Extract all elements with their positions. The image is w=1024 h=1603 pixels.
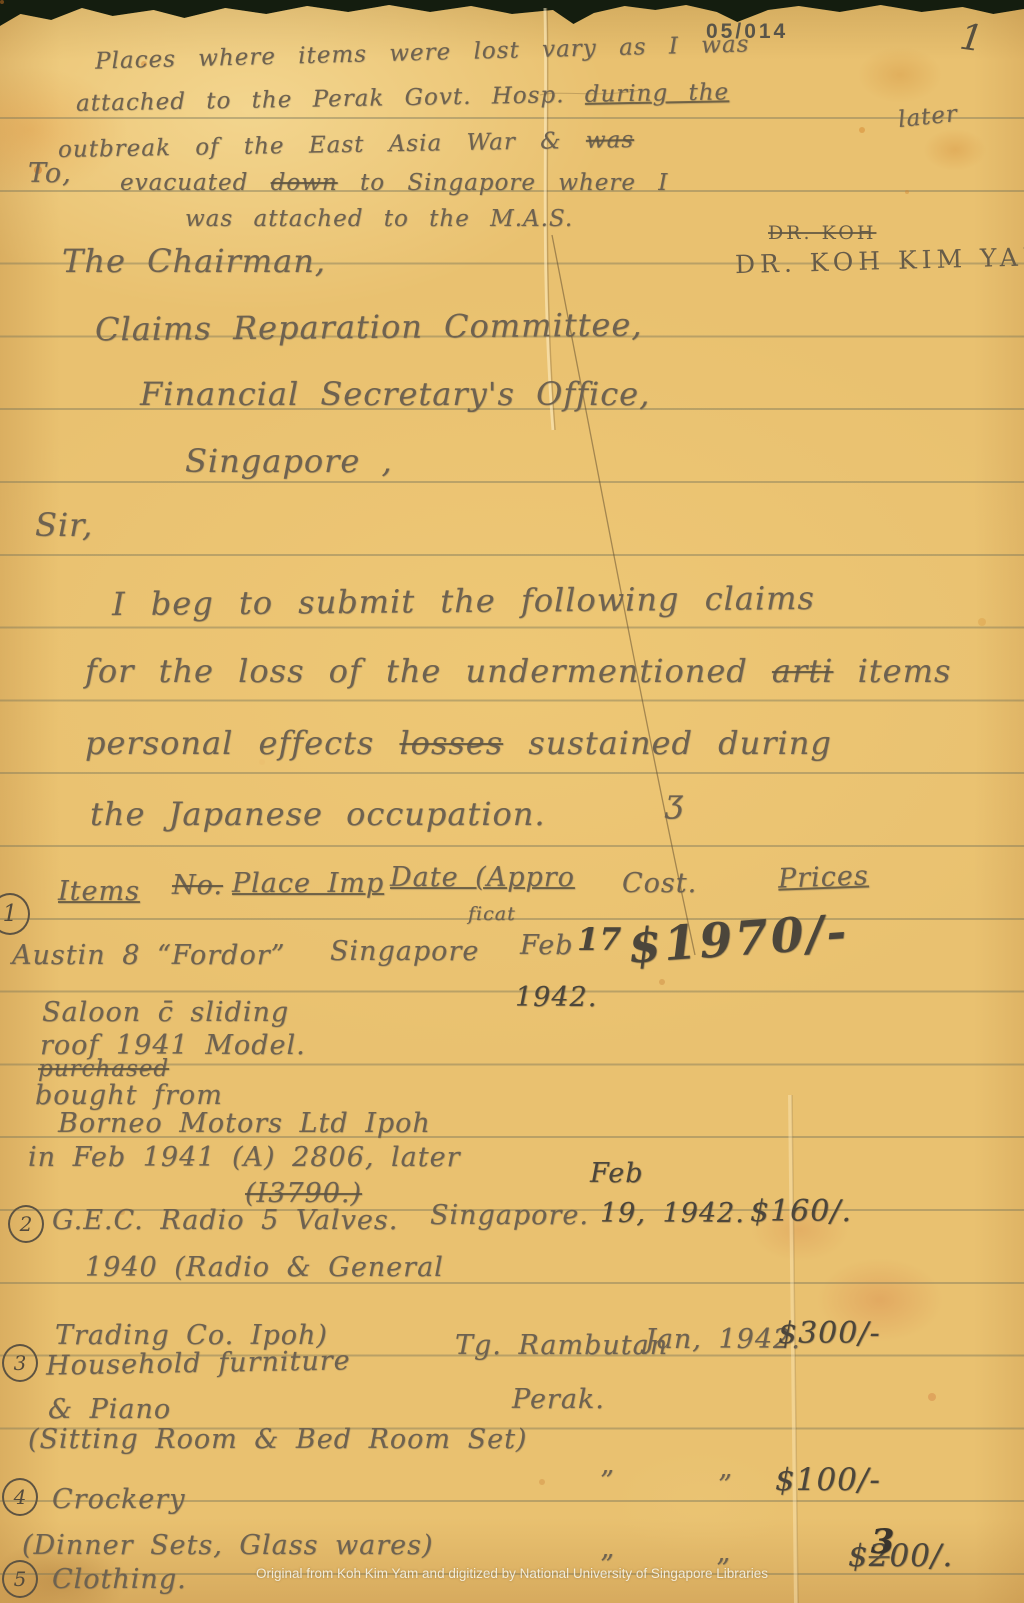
col-place-subscript: ficat <box>468 903 516 925</box>
row4-detail-1: (Dinner Sets, Glass wares) <box>22 1530 434 1561</box>
row1-date-month: Feb <box>520 930 574 961</box>
address-line-4: Singapore , <box>185 442 393 480</box>
row4-price: $100/- <box>775 1462 881 1498</box>
row4-ditto-1: ” <box>600 1466 615 1497</box>
note-margin-to: To, <box>28 158 72 189</box>
address-line-3: Financial Secretary's Office, <box>140 375 650 413</box>
body-line-3a: personal effects <box>85 724 374 762</box>
row2-number: 2 <box>8 1205 44 1243</box>
row3-place: Tg. Rambutan <box>455 1330 668 1361</box>
address-line-2: Claims Reparation Committee, <box>95 306 643 349</box>
row2-date-rest: 19, 1942. <box>600 1198 745 1229</box>
row2-item: G.E.C. Radio 5 Valves. <box>52 1205 398 1236</box>
col-place: Place Imp <box>232 868 384 899</box>
row1-detail-1: Saloon c̄ sliding <box>42 997 289 1028</box>
row1-place: Singapore <box>330 936 479 967</box>
col-struck: No. <box>172 870 223 901</box>
paper-stain-speckles <box>0 0 4 4</box>
body-line-2: for the loss of the undermentioned arti … <box>85 652 951 690</box>
row1-detail-5: in Feb 1941 (A) 2806, later <box>28 1142 461 1173</box>
row3-place2: Perak. <box>512 1384 605 1415</box>
body-line-3: personal effects losses sustained during <box>85 724 832 762</box>
row2-place: Singapore. <box>430 1200 589 1231</box>
row4-item: Crockery <box>52 1484 185 1515</box>
scanned-letter-page: 05/014 1 Places where items were lost va… <box>0 0 1024 1603</box>
note-line-4a: evacuated <box>120 170 248 196</box>
body-line-2-struck: arti <box>772 652 833 690</box>
body-line-3-struck: losses <box>399 724 503 762</box>
body-flourish-mark: ʒ <box>665 782 684 820</box>
row3-price: $300/- <box>778 1316 881 1351</box>
row3-item: Household furniture <box>46 1345 351 1381</box>
row1-date-day: 17 <box>577 922 622 958</box>
body-line-2c: items <box>858 652 952 690</box>
row3-number: 3 <box>2 1344 38 1382</box>
salutation: Sir, <box>35 506 93 544</box>
col-date: Date (Appro <box>390 862 575 893</box>
note-line-2-underlined: during the <box>585 79 730 108</box>
row3-detail-1: & Piano <box>48 1394 171 1425</box>
signature-struck: DR. KOH <box>768 222 876 244</box>
row1-item: Austin 8 “Fordor” <box>12 940 285 971</box>
row4-number: 4 <box>2 1478 38 1516</box>
row2-detail-1: 1940 (Radio & General <box>85 1252 444 1283</box>
note-line-4: evacuated down to Singapore where I <box>120 170 668 196</box>
note-line-4c: to Singapore where I <box>360 170 668 196</box>
col-items: Items <box>58 876 140 907</box>
note-line-5: was attached to the M.A.S. <box>185 206 573 232</box>
row4-ditto-2: ” <box>718 1470 733 1501</box>
row1-detail-4: Borneo Motors Ltd Ipoh <box>58 1108 431 1139</box>
row1-date-year: 1942. <box>515 982 597 1013</box>
col-cost: Cost. <box>622 868 697 899</box>
body-line-3c: sustained during <box>528 724 832 762</box>
digitization-credit: Original from Koh Kim Yam and digitized … <box>0 1566 1024 1581</box>
row1-detail-struck: purchased <box>38 1056 169 1082</box>
row4-new-digit: 3 <box>871 1522 896 1562</box>
note-line-3-struck: was <box>586 127 635 154</box>
row2-price: $160/. <box>750 1194 852 1229</box>
body-line-1: I beg to submit the following claims <box>112 579 815 623</box>
body-line-4: the Japanese occupation. <box>90 795 546 833</box>
row3-detail-2: (Sitting Room & Bed Room Set) <box>28 1424 527 1455</box>
note-line-4-struck: down <box>271 170 338 196</box>
body-line-2a: for the loss of the undermentioned <box>85 652 748 690</box>
address-line-1: The Chairman, <box>62 242 326 280</box>
row2-date-month: Feb <box>590 1158 644 1189</box>
col-price: Prices <box>777 860 869 894</box>
row1-detail-3: bought from <box>35 1080 223 1111</box>
